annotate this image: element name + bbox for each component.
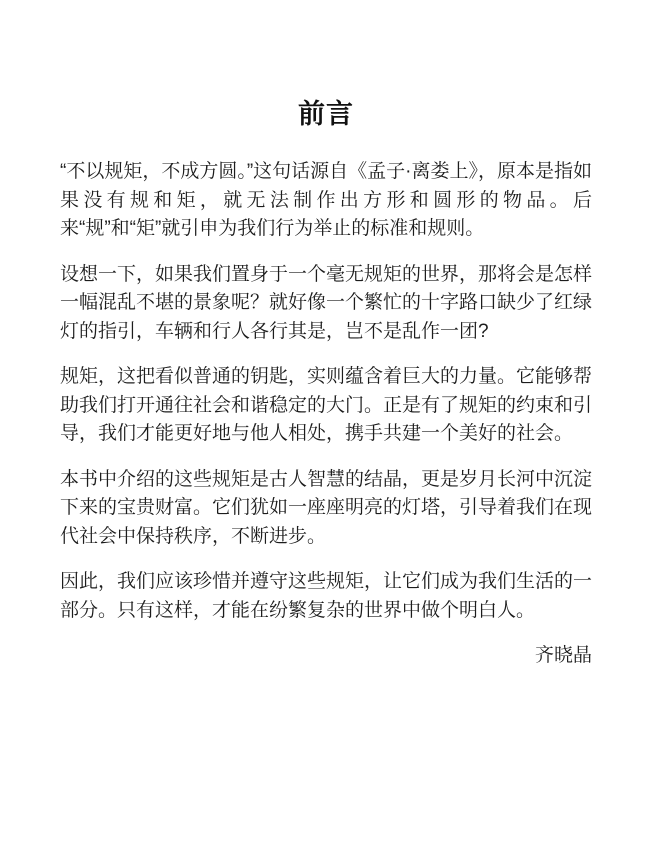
paragraph-4: 本书中介绍的这些规矩是古人智慧的结晶，更是岁月长河中沉淀下来的宝贵财富。它们犹如…: [60, 466, 592, 552]
paragraph-2: 设想一下，如果我们置身于一个毫无规矩的世界，那将会是怎样一幅混乱不堪的景象呢？就…: [60, 261, 592, 347]
author-signature: 齐晓晶: [60, 642, 592, 670]
document-content: 前言 “不以规矩，不成方圆。”这句话源自《孟子·离娄上》，原本是指如果没有规和矩…: [60, 92, 592, 670]
document-page: 前言 “不以规矩，不成方圆。”这句话源自《孟子·离娄上》，原本是指如果没有规和矩…: [0, 0, 650, 850]
paragraph-1: “不以规矩，不成方圆。”这句话源自《孟子·离娄上》，原本是指如果没有规和矩，就无…: [60, 158, 592, 244]
paragraph-5: 因此，我们应该珍惜并遵守这些规矩，让它们成为我们生活的一部分。只有这样，才能在纷…: [60, 568, 592, 625]
paragraph-3: 规矩，这把看似普通的钥匙，实则蕴含着巨大的力量。它能够帮助我们打开通往社会和谐稳…: [60, 363, 592, 449]
page-title: 前言: [60, 92, 592, 131]
